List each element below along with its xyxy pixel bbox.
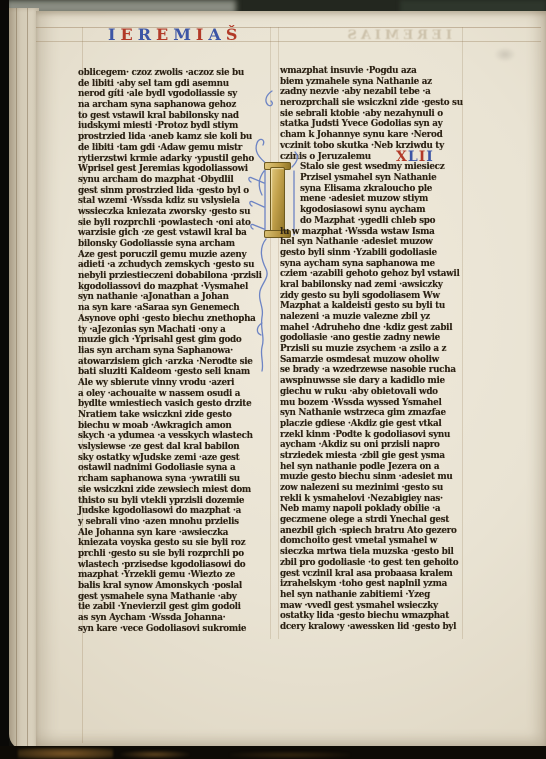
text-line: zow nalezeni su mezinimi ·gesto su — [280, 483, 464, 494]
text-line: nerod gíti ·ale bydl vgodoliassie sy — [78, 89, 274, 100]
text-line: Przisli su muzie zsychem ·a zsilo a z — [280, 344, 464, 355]
text-column-right-beside-initial: Stalo sie gest wsedmy miesieczPrzisel ys… — [300, 162, 464, 226]
text-line: Przisel ysmahel syn Nathanie — [300, 173, 464, 184]
text-column-right-rest: lu w mazphat ·Wssda wstaw Ismahel syn Na… — [280, 227, 464, 633]
running-title-letter: I — [196, 25, 208, 44]
text-line: prostrzied lida ·aneb kamz sie koli bu — [78, 132, 274, 143]
text-line: hel syn nathanie zabitiemi ·Yzeg — [280, 590, 464, 601]
text-line: ty ·aJezonias syn Machati ·ony a — [78, 325, 274, 336]
text-line: ostawil nadnimi Godoliasie syna a — [78, 463, 274, 474]
text-line: warzisie gich ·ze gest vstawil kral ba — [78, 228, 274, 239]
text-line: sie wsiczkni zide zewsiech miest dom — [78, 485, 274, 496]
text-line: biechu w moab ·Awkragich amon — [78, 421, 274, 432]
text-line: a oley ·achouaite w nassem osudi a — [78, 389, 274, 400]
text-line: syna aycham syna saphanowa me — [280, 259, 464, 270]
text-line: synu archam do mazphat ·Obydlil — [78, 175, 274, 186]
manuscript-photo: IEREMIAŠ IEREMIAS oblicegem· czoz zwolis… — [0, 0, 546, 759]
text-column-left: oblicegem· czoz zwolis ·aczoz sie bude l… — [78, 68, 274, 634]
text-line: syn kare ·vece Godoliasovi sukromie — [78, 624, 274, 635]
text-line: prchli ·gesto su sie byli rozprchli po — [78, 549, 274, 560]
bottom-edge-highlight — [18, 748, 113, 759]
text-line: mu bozem ·Wssda wyssed Ysmahel — [280, 398, 464, 409]
text-line: mazphat ·Yrzekli gemu ·Wiezto ze — [78, 570, 274, 581]
text-line: na archam syna saphanowa gehoz — [78, 100, 274, 111]
text-line: gest ysmahele syna Mathanie ·aby — [78, 592, 274, 603]
text-line: rytierzstwi krmie adarky ·ypustil geho — [78, 154, 274, 165]
text-line: czinis o Jeruzalemu — [280, 152, 464, 163]
running-title-letter: E — [120, 25, 137, 44]
text-line: aycham ·Akdiz su oni przisli napro — [280, 440, 464, 451]
page-edges-stack — [9, 8, 39, 750]
text-line: rcham saphanowa syna ·ywratili su — [78, 474, 274, 485]
text-line: gesto byli sinm ·Yzabili godoliasie — [280, 248, 464, 259]
text-line: gest vczinil kral asa probaasa kralem — [280, 569, 464, 580]
text-line: sie sebrali ktobie ·aby nezahynuli o — [280, 109, 464, 120]
text-line: giechu w ruku ·aby obietovali wdo — [280, 387, 464, 398]
text-line: y sebrali vino ·azen mnohu przielis — [78, 517, 274, 528]
text-line: syn Nathanie wstrzeca gim zmazfae — [280, 408, 464, 419]
text-line: zidy gesto su byli sgodoliasem Ww — [280, 291, 464, 302]
text-line: placzie gdiese ·Akdiz gie gest vtkal — [280, 419, 464, 430]
text-line: kniezata voyska gesto su sie byli roz — [78, 538, 274, 549]
book-bottom-edge — [0, 746, 546, 759]
text-line: Ale wy sbierute vinny vrodu ·azeri — [78, 378, 274, 389]
show-through-title: IEREMIAS — [292, 28, 452, 44]
text-line: stal wzemi ·Wssda kdiz su vslysiela — [78, 196, 274, 207]
text-line: mene ·adesiet muzow stiym — [300, 194, 464, 205]
text-line: thisto su byli vtekli yprzisli dozemie — [78, 496, 274, 507]
text-line: Judske kgodoliasowi do mazphat ·a — [78, 506, 274, 517]
text-line: syna Elisama zkraloucho ple — [300, 184, 464, 195]
text-line: rzekl kinm ·Podte k godoliasovi synu — [280, 430, 464, 441]
text-line: atowarzisiem gich ·arzka ·Nerodte sie — [78, 357, 274, 368]
bottom-edge-highlight — [230, 751, 350, 759]
text-line: oblicegem· czoz zwolis ·aczoz sie bu — [78, 68, 274, 79]
text-line: Mazphat a kaldeisti gesto su byli tu — [280, 301, 464, 312]
running-title-letter: M — [173, 25, 196, 44]
text-line: na syn kare ·aSaraa syn Genemech — [78, 303, 274, 314]
text-line: dcery kralowy ·awessken lid ·gesto byl — [280, 622, 464, 633]
text-line: Samarzie osmdesat muzow oholiw — [280, 355, 464, 366]
text-line: godoliasie ·ano gestie zadny newie — [280, 333, 464, 344]
text-line: tie zabil ·Ynevierzil gest gim godoli — [78, 602, 274, 613]
page-edge-crease — [16, 8, 17, 750]
text-line: lias syn archam syna Saphanowa· — [78, 346, 274, 357]
text-line: Aze gest poruczil gemu muzie azeny — [78, 250, 274, 261]
text-column-right-top: wmazphat insuvie ·Pogdu azabiem yzmahele… — [280, 66, 464, 162]
page-edge-crease — [27, 8, 28, 750]
text-line: ostatky lida ·gesto biechu wmazphat — [280, 611, 464, 622]
text-line: bydlte wmiestiech vasich gesto drzite — [78, 399, 274, 410]
text-line: lu w mazphat ·Wssda wstaw Isma — [280, 227, 464, 238]
text-line: hel syn nathanie podle Jezera on a — [280, 462, 464, 473]
text-line: hel syn Nathanie ·adesiet muzow — [280, 237, 464, 248]
text-line: nalezeni ·a muzie valezne zbil yz — [280, 312, 464, 323]
text-line: zbil pro godoliasie ·to gest ten gehoito — [280, 558, 464, 569]
text-line: vslysiewse ·ze gest dal kral babilon — [78, 442, 274, 453]
text-line: Stalo sie gest wsedmy miesiecz — [300, 162, 464, 173]
text-line: Wprisel gest Jeremias kgodoliassowi — [78, 164, 274, 175]
running-title-letter: E — [156, 25, 173, 44]
book-spine-shadow — [0, 0, 9, 759]
bottom-edge-highlight — [120, 750, 190, 759]
text-line: Asynove ophi ·gesto biechu znethopha — [78, 314, 274, 325]
text-line: geczmene olege a strdi Ynechal gest — [280, 515, 464, 526]
text-line: Ale Johanna syn kare ·awsieczka — [78, 528, 274, 539]
text-line: bati sluziti Kaldeom ·gesto seli knam — [78, 367, 274, 378]
text-line: anezbil gich ·spiech bratru Ato gezero — [280, 526, 464, 537]
text-line: gest sinm prostrzied lida ·gesto byl o — [78, 186, 274, 197]
text-line: mahel ·Adruheho dne ·kdiz gest zabil — [280, 323, 464, 334]
text-line: sieczka mrtwa tiela muzska ·gesto bil — [280, 547, 464, 558]
text-line: adieti ·a zchudych zemskych ·gesto su — [78, 260, 274, 271]
text-line: se brady ·a wzedrzewse nasobie rucha — [280, 365, 464, 376]
text-line: sky ostatky wJudske zemi ·aze gest — [78, 453, 274, 464]
text-line: biem yzmahele syna Nathanie az — [280, 77, 464, 88]
text-line: wssieczka kniezata zworsky ·gesto su — [78, 207, 274, 218]
initial-stem — [270, 167, 285, 233]
text-line: statka Judsti Yvece Godolias syn ay — [280, 119, 464, 130]
text-line: sie byli rozprchli ·powlastech ·oni ato — [78, 218, 274, 229]
running-title-letter: I — [108, 25, 120, 44]
text-line: skych ·a ydumea ·a vesskych wlastech — [78, 431, 274, 442]
text-line: nerozprchali sie wsiczkni zide ·gesto su — [280, 98, 464, 109]
running-title: IEREMIAŠ — [108, 26, 242, 46]
text-line: wmazphat insuvie ·Pogdu aza — [280, 66, 464, 77]
manuscript-page: IEREMIAŠ IEREMIAS oblicegem· czoz zwolis… — [36, 11, 546, 747]
text-line: Neb mamy napoli poklady obilie ·a — [280, 504, 464, 515]
text-line: zadny nezvie ·aby nezabil tebe ·a — [280, 87, 464, 98]
running-title-letter: R — [138, 25, 156, 44]
text-line: muzie gesto biechu sinm ·adesiet mu — [280, 472, 464, 483]
running-title-letter: A — [208, 25, 225, 44]
text-line: rekli k ysmahelovi ·Nezabigiey nas· — [280, 494, 464, 505]
margin-smudge — [494, 47, 516, 62]
text-line: muzie gich ·Yprisahl gest gim godo — [78, 335, 274, 346]
text-line: Nratiem take wsiczkni zide gesto — [78, 410, 274, 421]
text-line: maw ·vvedl gest ysmahel wsieczky — [280, 601, 464, 612]
text-line: bilonsky Godoliassie syna archam — [78, 239, 274, 250]
text-line: izrahelskym ·toho gest naplnil yzma — [280, 579, 464, 590]
text-line: strziedek miesta ·zbil gie gest ysma — [280, 451, 464, 462]
text-line: de libiti ·tam gdi ·Adaw gemu mistr — [78, 143, 274, 154]
text-line: as syn Aycham ·Wssda Johanna· — [78, 613, 274, 624]
text-line: nebyli prziestieczeni dobabilona ·przisl… — [78, 271, 274, 282]
text-line: wlastech ·przisedse kgodoliasowi do — [78, 560, 274, 571]
running-title-letter: Š — [226, 25, 243, 44]
text-line: balis kral synow Amonskych ·poslal — [78, 581, 274, 592]
text-line: syn nathanie ·aJonathan a Johan — [78, 292, 274, 303]
text-line: cziem ·azabili gehoto gehoz byl vstawil — [280, 269, 464, 280]
text-line: domchoito gest vmetal ysmahel w — [280, 536, 464, 547]
text-line: cham k Johannye synu kare ·Nerod — [280, 130, 464, 141]
text-line: kral babilonsky nad zemi ·awsiczky — [280, 280, 464, 291]
text-line: kgodosiasowi synu aycham — [300, 205, 464, 216]
text-line: iudskymi miesti ·Protoz bydl stiym — [78, 121, 274, 132]
text-line: awspinuwsse sie dary a kadidlo mie — [280, 376, 464, 387]
text-line: do Mazphat ·ygedli chleb spo — [300, 216, 464, 227]
text-line: vczinit tobo skutka ·Neb krziwdu ty — [280, 141, 464, 152]
text-line: kgodoliassovi do mazphat ·Vysmahel — [78, 282, 274, 293]
text-line: to gest vstawil kral babilonsky nad — [78, 111, 274, 122]
text-line: de libiti ·aby sel tam gdi asemnu — [78, 79, 274, 90]
